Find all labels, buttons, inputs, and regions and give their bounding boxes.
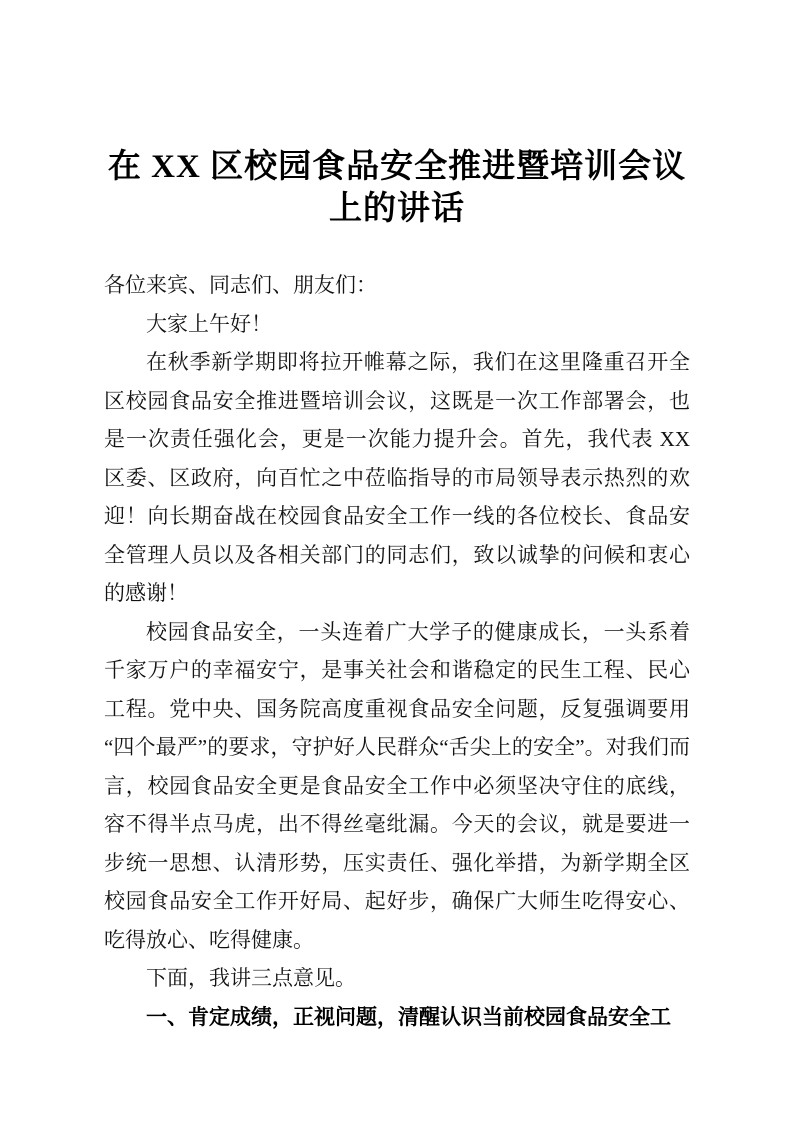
document-page: 在 XX 区校园食品安全推进暨培训会议 上的讲话 各位来宾、同志们、朋友们： 大… <box>0 0 793 1122</box>
document-title: 在 XX 区校园食品安全推进暨培训会议 上的讲话 <box>104 146 690 230</box>
paragraph-opening: 在秋季新学期即将拉开帷幕之际，我们在这里隆重召开全区校园食品安全推进暨培训会议，… <box>104 343 690 613</box>
document-title-line-2: 上的讲话 <box>104 188 690 230</box>
greeting-line: 大家上午好！ <box>104 305 690 344</box>
salutation-line: 各位来宾、同志们、朋友们： <box>104 266 690 305</box>
section-heading-1: 一、肯定成绩，正视问题，清醒认识当前校园食品安全工 <box>104 998 690 1037</box>
document-body: 各位来宾、同志们、朋友们： 大家上午好！ 在秋季新学期即将拉开帷幕之际，我们在这… <box>104 266 690 1036</box>
document-title-line-1: 在 XX 区校园食品安全推进暨培训会议 <box>104 146 690 188</box>
paragraph-importance: 校园食品安全，一头连着广大学子的健康成长，一头系着千家万户的幸福安宁，是事关社会… <box>104 613 690 960</box>
paragraph-transition: 下面，我讲三点意见。 <box>104 959 690 998</box>
